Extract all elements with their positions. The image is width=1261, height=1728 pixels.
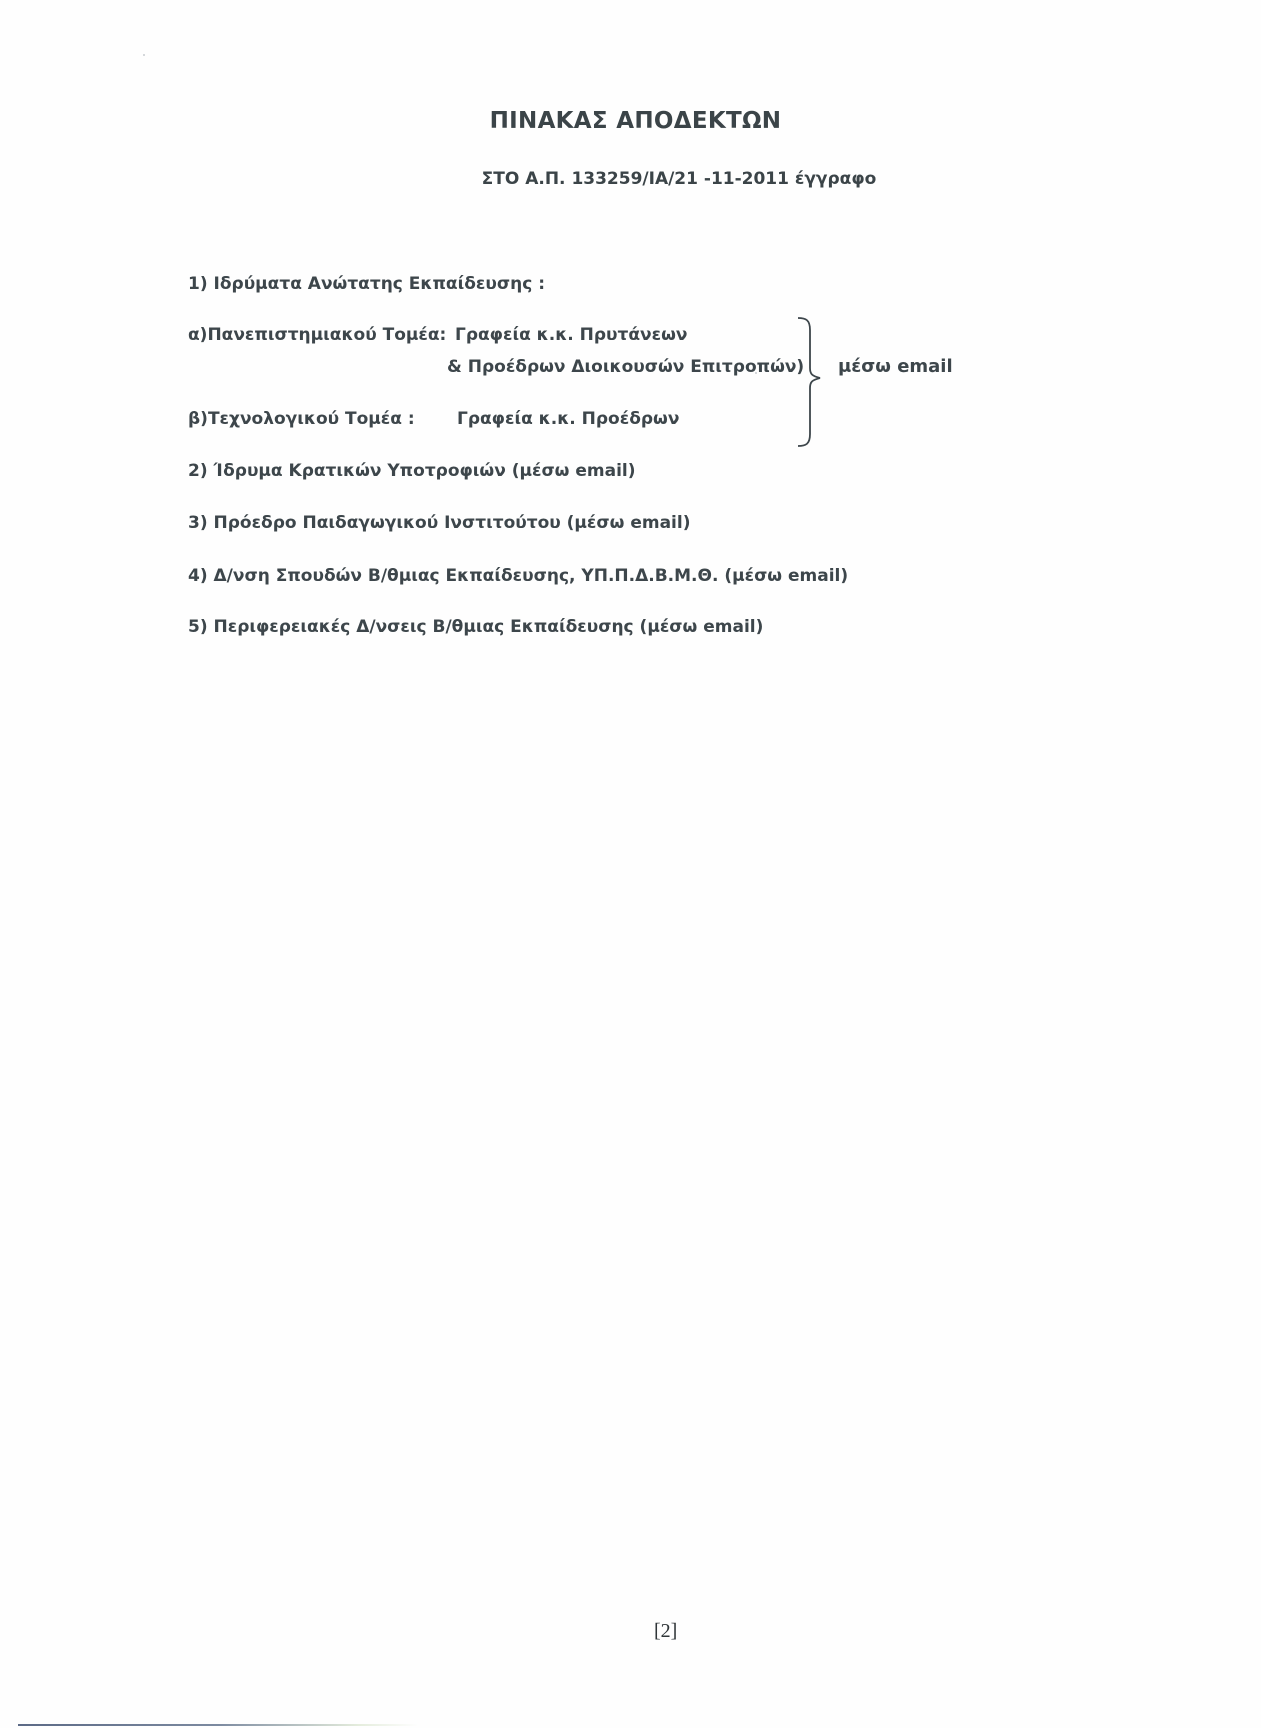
sub-item-b-label: β)Τεχνολογικού Τομέα : (188, 409, 415, 429)
scan-speck (143, 54, 145, 56)
document-subtitle: ΣΤΟ Α.Π. 133259/ΙΑ/21 -11-2011 έγγραφο (0, 169, 1261, 189)
document-title: ΠΙΝΑΚΑΣ ΑΠΟΔΕΚΤΩΝ (0, 108, 1261, 134)
list-item-1: 1) Ιδρύματα Ανώτατης Εκπαίδευσης : (188, 274, 545, 294)
list-item-4: 4) Δ/νση Σπουδών Β/θμιας Εκπαίδευσης, ΥΠ… (188, 566, 848, 586)
list-item-5: 5) Περιφερειακές Δ/νσεις Β/θμιας Εκπαίδε… (188, 617, 763, 637)
sub-item-a-line2: & Προέδρων Διοικουσών Επιτροπών) (447, 357, 804, 377)
brace-note-via-email: μέσω email (838, 356, 953, 377)
sub-item-a-label: α)Πανεπιστημιακού Τομέα: (188, 325, 446, 345)
curly-brace-icon (796, 316, 830, 448)
sub-item-a-line1: Γραφεία κ.κ. Πρυτάνεων (455, 325, 687, 345)
list-item-2: 2) Ίδρυμα Κρατικών Υποτροφιών (μέσω emai… (188, 461, 636, 481)
page-number: [2] (654, 1620, 677, 1643)
sub-item-b-line1: Γραφεία κ.κ. Προέδρων (457, 409, 679, 429)
list-item-3: 3) Πρόεδρο Παιδαγωγικού Ινστιτούτου (μέσ… (188, 513, 690, 533)
scan-speck (755, 372, 757, 374)
scan-edge-line (18, 1724, 418, 1726)
